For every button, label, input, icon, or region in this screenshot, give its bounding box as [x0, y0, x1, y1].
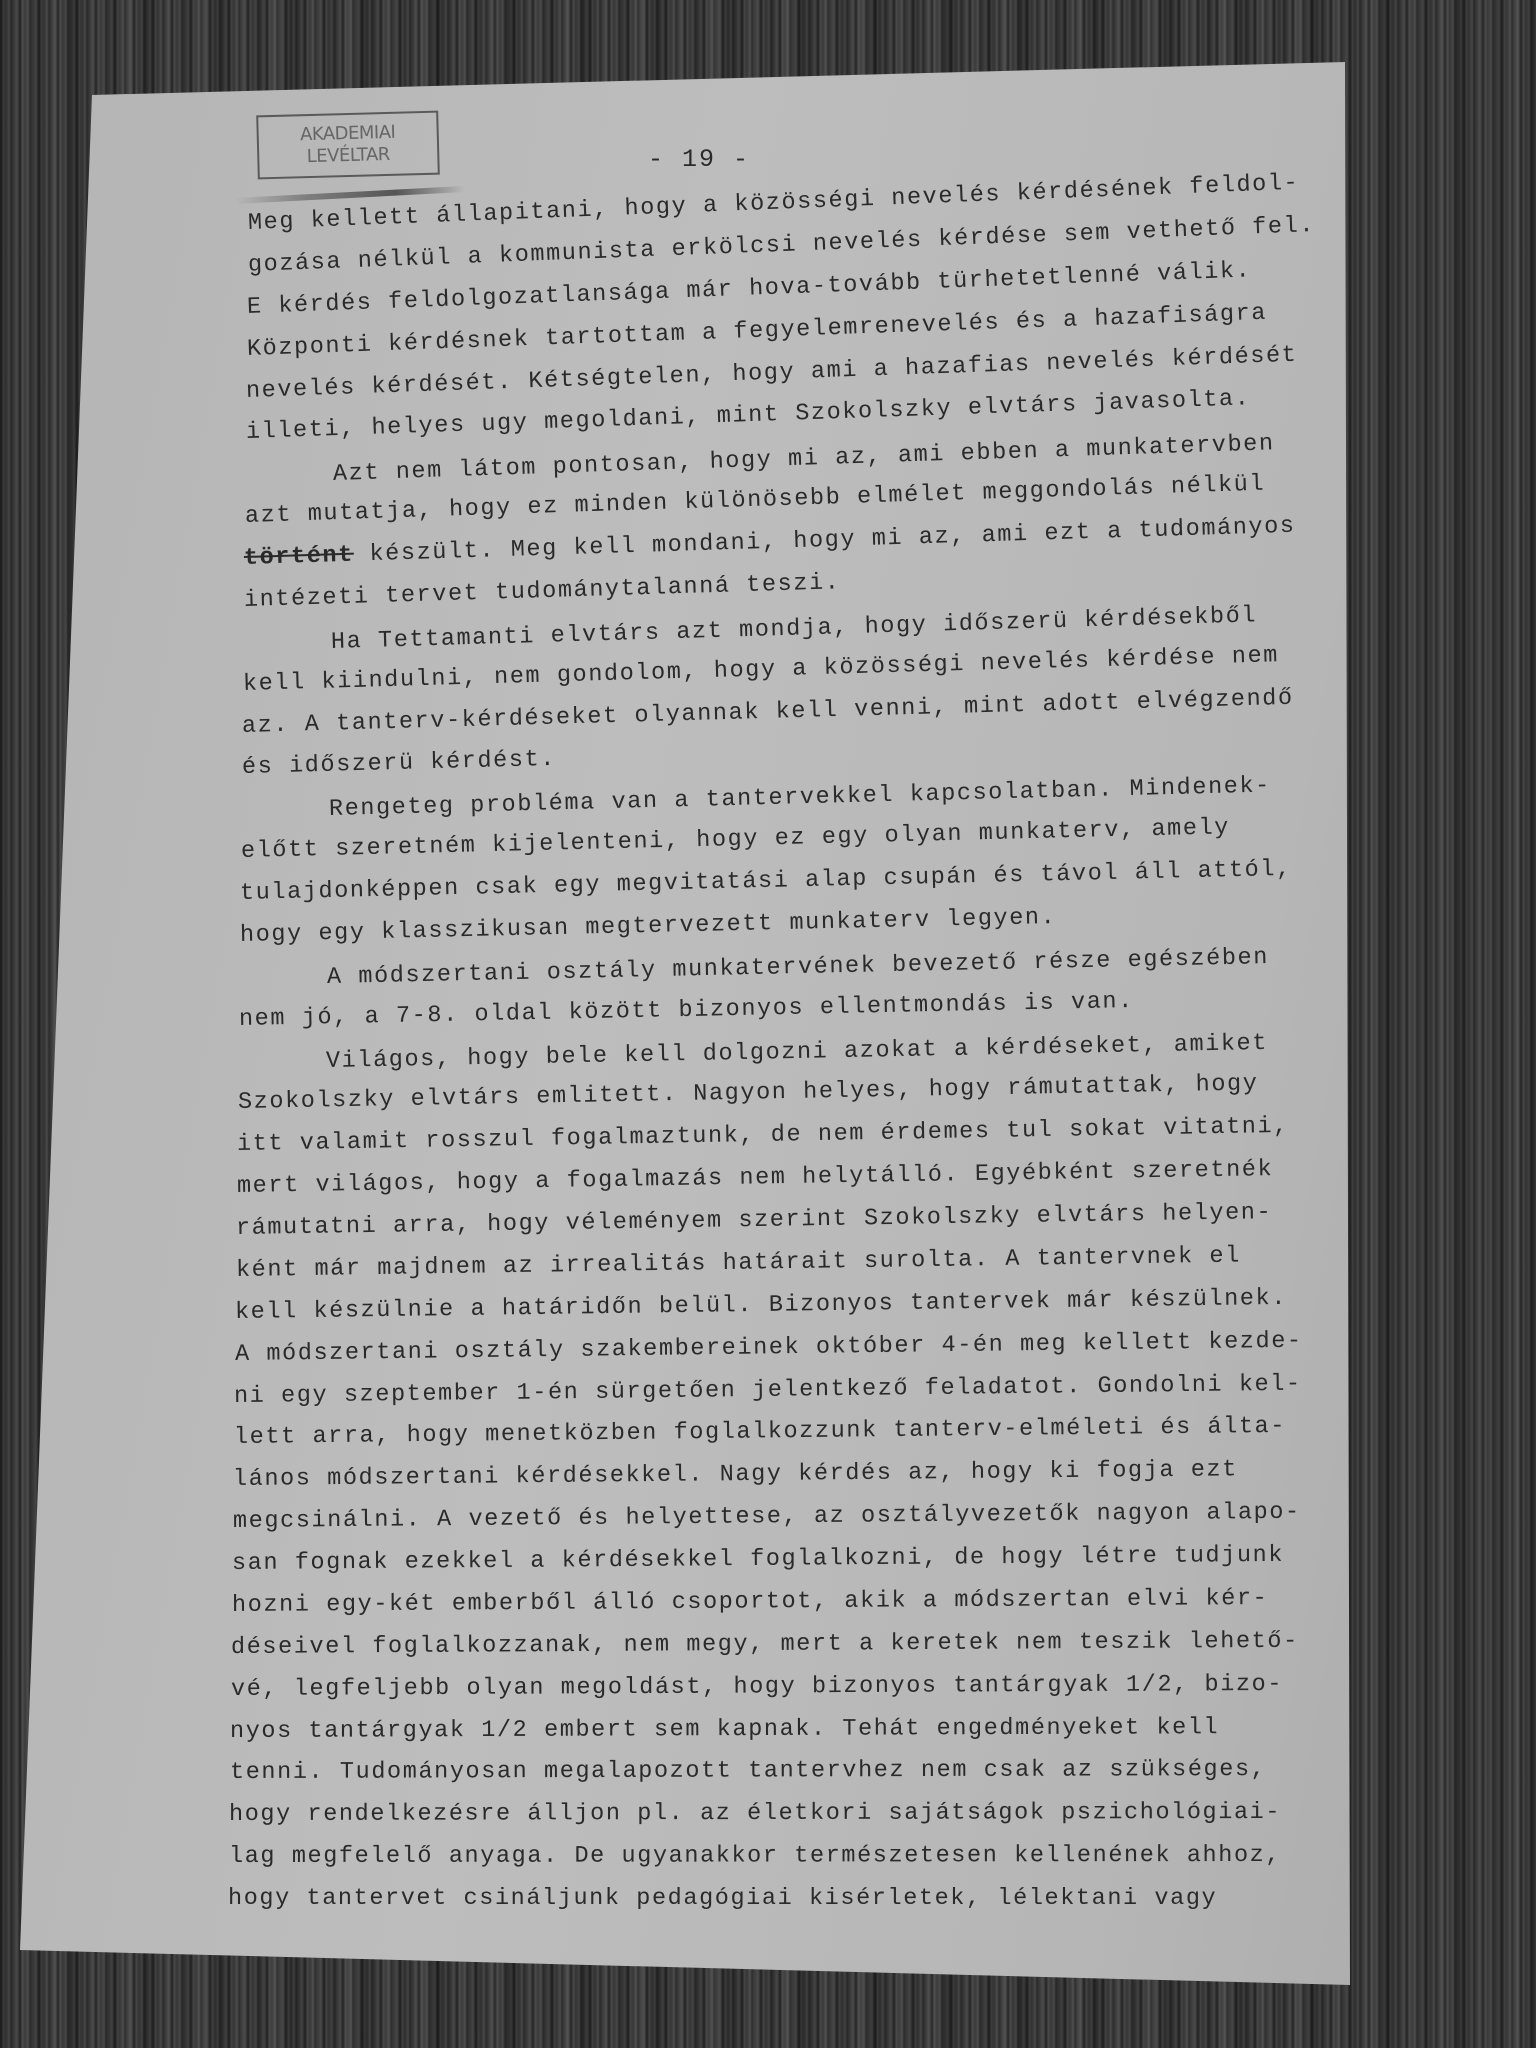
text-line: és időszerü kérdést.: [241, 746, 556, 781]
text-line: ként már majdnem az irrealitás határait …: [235, 1242, 1240, 1283]
text-line: lag megfelelő anyaga. De ugyanakkor term…: [228, 1842, 1280, 1870]
line-text: vé, legfeljebb olyan megoldást, hogy biz…: [230, 1671, 1282, 1703]
text-line: ni egy szeptember 1-én sürgetően jelentk…: [234, 1370, 1302, 1409]
line-text: előtt szeretném kijelenteni, hogy ez egy…: [240, 814, 1230, 865]
struck-word: történt: [244, 542, 355, 572]
text-line: rámutatni arra, hogy véleményem szerint …: [236, 1199, 1273, 1242]
line-text: rámutatni arra, hogy véleményem szerint …: [236, 1199, 1273, 1242]
text-line: előtt szeretném kijelenteni, hogy ez egy…: [240, 814, 1230, 865]
line-text: és időszerü kérdést.: [241, 746, 556, 781]
stamp-line-2: LEVÉLTAR: [259, 143, 438, 170]
typewritten-page: AKADEMIAI LEVÉLTAR - 19 - Meg kellett ál…: [0, 0, 1536, 2048]
text-line: vé, legfeljebb olyan megoldást, hogy biz…: [230, 1671, 1282, 1703]
line-text: ként már majdnem az irrealitás határait …: [235, 1242, 1240, 1283]
text-line: lános módszertani kérdésekkel. Nagy kérd…: [233, 1457, 1238, 1494]
page-number: - 19 -: [648, 145, 750, 174]
text-line: tulajdonképpen csak egy megvitatási alap…: [240, 856, 1292, 907]
line-text: lános módszertani kérdésekkel. Nagy kérd…: [233, 1457, 1238, 1494]
text-line: hogy rendelkezésre álljon pl. az életkor…: [229, 1799, 1281, 1828]
line-text: Szokolszky elvtárs emlitett. Nagyon hely…: [237, 1071, 1258, 1117]
line-text: hogy rendelkezésre álljon pl. az életkor…: [229, 1799, 1281, 1828]
line-text: hogy tantervet csináljunk pedagógiai kis…: [228, 1885, 1217, 1912]
text-line: nyos tantárgyak 1/2 embert sem kapnak. T…: [230, 1714, 1219, 1745]
line-text: A módszertani osztály szakembereinek okt…: [234, 1327, 1302, 1367]
line-text: tulajdonképpen csak egy megvitatási alap…: [240, 856, 1292, 907]
line-text: kell készülnie a határidőn belül. Bizony…: [235, 1285, 1287, 1326]
line-text: mert világos, hogy a fogalmazás nem hely…: [236, 1156, 1273, 1200]
text-line: Világos, hogy bele kell dolgozni azokat …: [326, 1029, 1268, 1074]
line-text: hogy egy klasszikusan megtervezett munka…: [239, 904, 1056, 949]
line-text: san fognak ezekkel a kérdésekkel foglalk…: [232, 1542, 1284, 1577]
text-line: nem jó, a 7-8. oldal között bizonyos ell…: [238, 988, 1133, 1033]
text-line: Szokolszky elvtárs emlitett. Nagyon hely…: [237, 1071, 1258, 1117]
line-text: intézeti tervet tudománytalanná teszi.: [243, 569, 840, 614]
text-line: hogy tantervet csináljunk pedagógiai kis…: [228, 1885, 1217, 1912]
text-line: mert világos, hogy a fogalmazás nem hely…: [236, 1156, 1273, 1200]
line-text: nem jó, a 7-8. oldal között bizonyos ell…: [238, 988, 1133, 1033]
text-line: itt valamit rosszul fogalmaztunk, de nem…: [237, 1113, 1289, 1158]
stamp-scribble: [235, 186, 465, 204]
text-line: hogy egy klasszikusan megtervezett munka…: [239, 904, 1056, 949]
line-text: itt valamit rosszul fogalmaztunk, de nem…: [237, 1113, 1289, 1158]
text-line: san fognak ezekkel a kérdésekkel foglalk…: [232, 1542, 1284, 1577]
line-text: lag megfelelő anyaga. De ugyanakkor term…: [228, 1842, 1280, 1870]
text-line: tenni. Tudományosan megalapozott tanterv…: [229, 1756, 1265, 1786]
line-text: Világos, hogy bele kell dolgozni azokat …: [326, 1029, 1268, 1074]
text-line: A módszertani osztály szakembereinek okt…: [234, 1327, 1302, 1367]
text-line: déseivel foglalkozzanak, nem megy, mert …: [231, 1628, 1299, 1661]
archive-stamp: AKADEMIAI LEVÉLTAR: [256, 111, 440, 180]
line-text: déseivel foglalkozzanak, nem megy, mert …: [231, 1628, 1299, 1661]
line-text: hozni egy-két emberből álló csoportot, a…: [231, 1585, 1268, 1619]
text-line: intézeti tervet tudománytalanná teszi.: [243, 569, 840, 614]
line-text: megcsinálni. A vezető és helyettese, az …: [232, 1499, 1300, 1535]
text-line: A módszertani osztály munkatervének beve…: [327, 944, 1270, 991]
line-text: ni egy szeptember 1-én sürgetően jelentk…: [234, 1370, 1302, 1409]
line-text: nyos tantárgyak 1/2 embert sem kapnak. T…: [230, 1714, 1219, 1745]
line-text: tenni. Tudományosan megalapozott tanterv…: [229, 1756, 1265, 1786]
line-text: A módszertani osztály munkatervének beve…: [327, 944, 1270, 991]
text-line: lett arra, hogy menetközben foglalkozzun…: [233, 1413, 1285, 1451]
text-line: megcsinálni. A vezető és helyettese, az …: [232, 1499, 1300, 1535]
line-text: lett arra, hogy menetközben foglalkozzun…: [233, 1413, 1285, 1451]
text-line: kell készülnie a határidőn belül. Bizony…: [235, 1285, 1287, 1326]
text-line: hozni egy-két emberből álló csoportot, a…: [231, 1585, 1268, 1619]
